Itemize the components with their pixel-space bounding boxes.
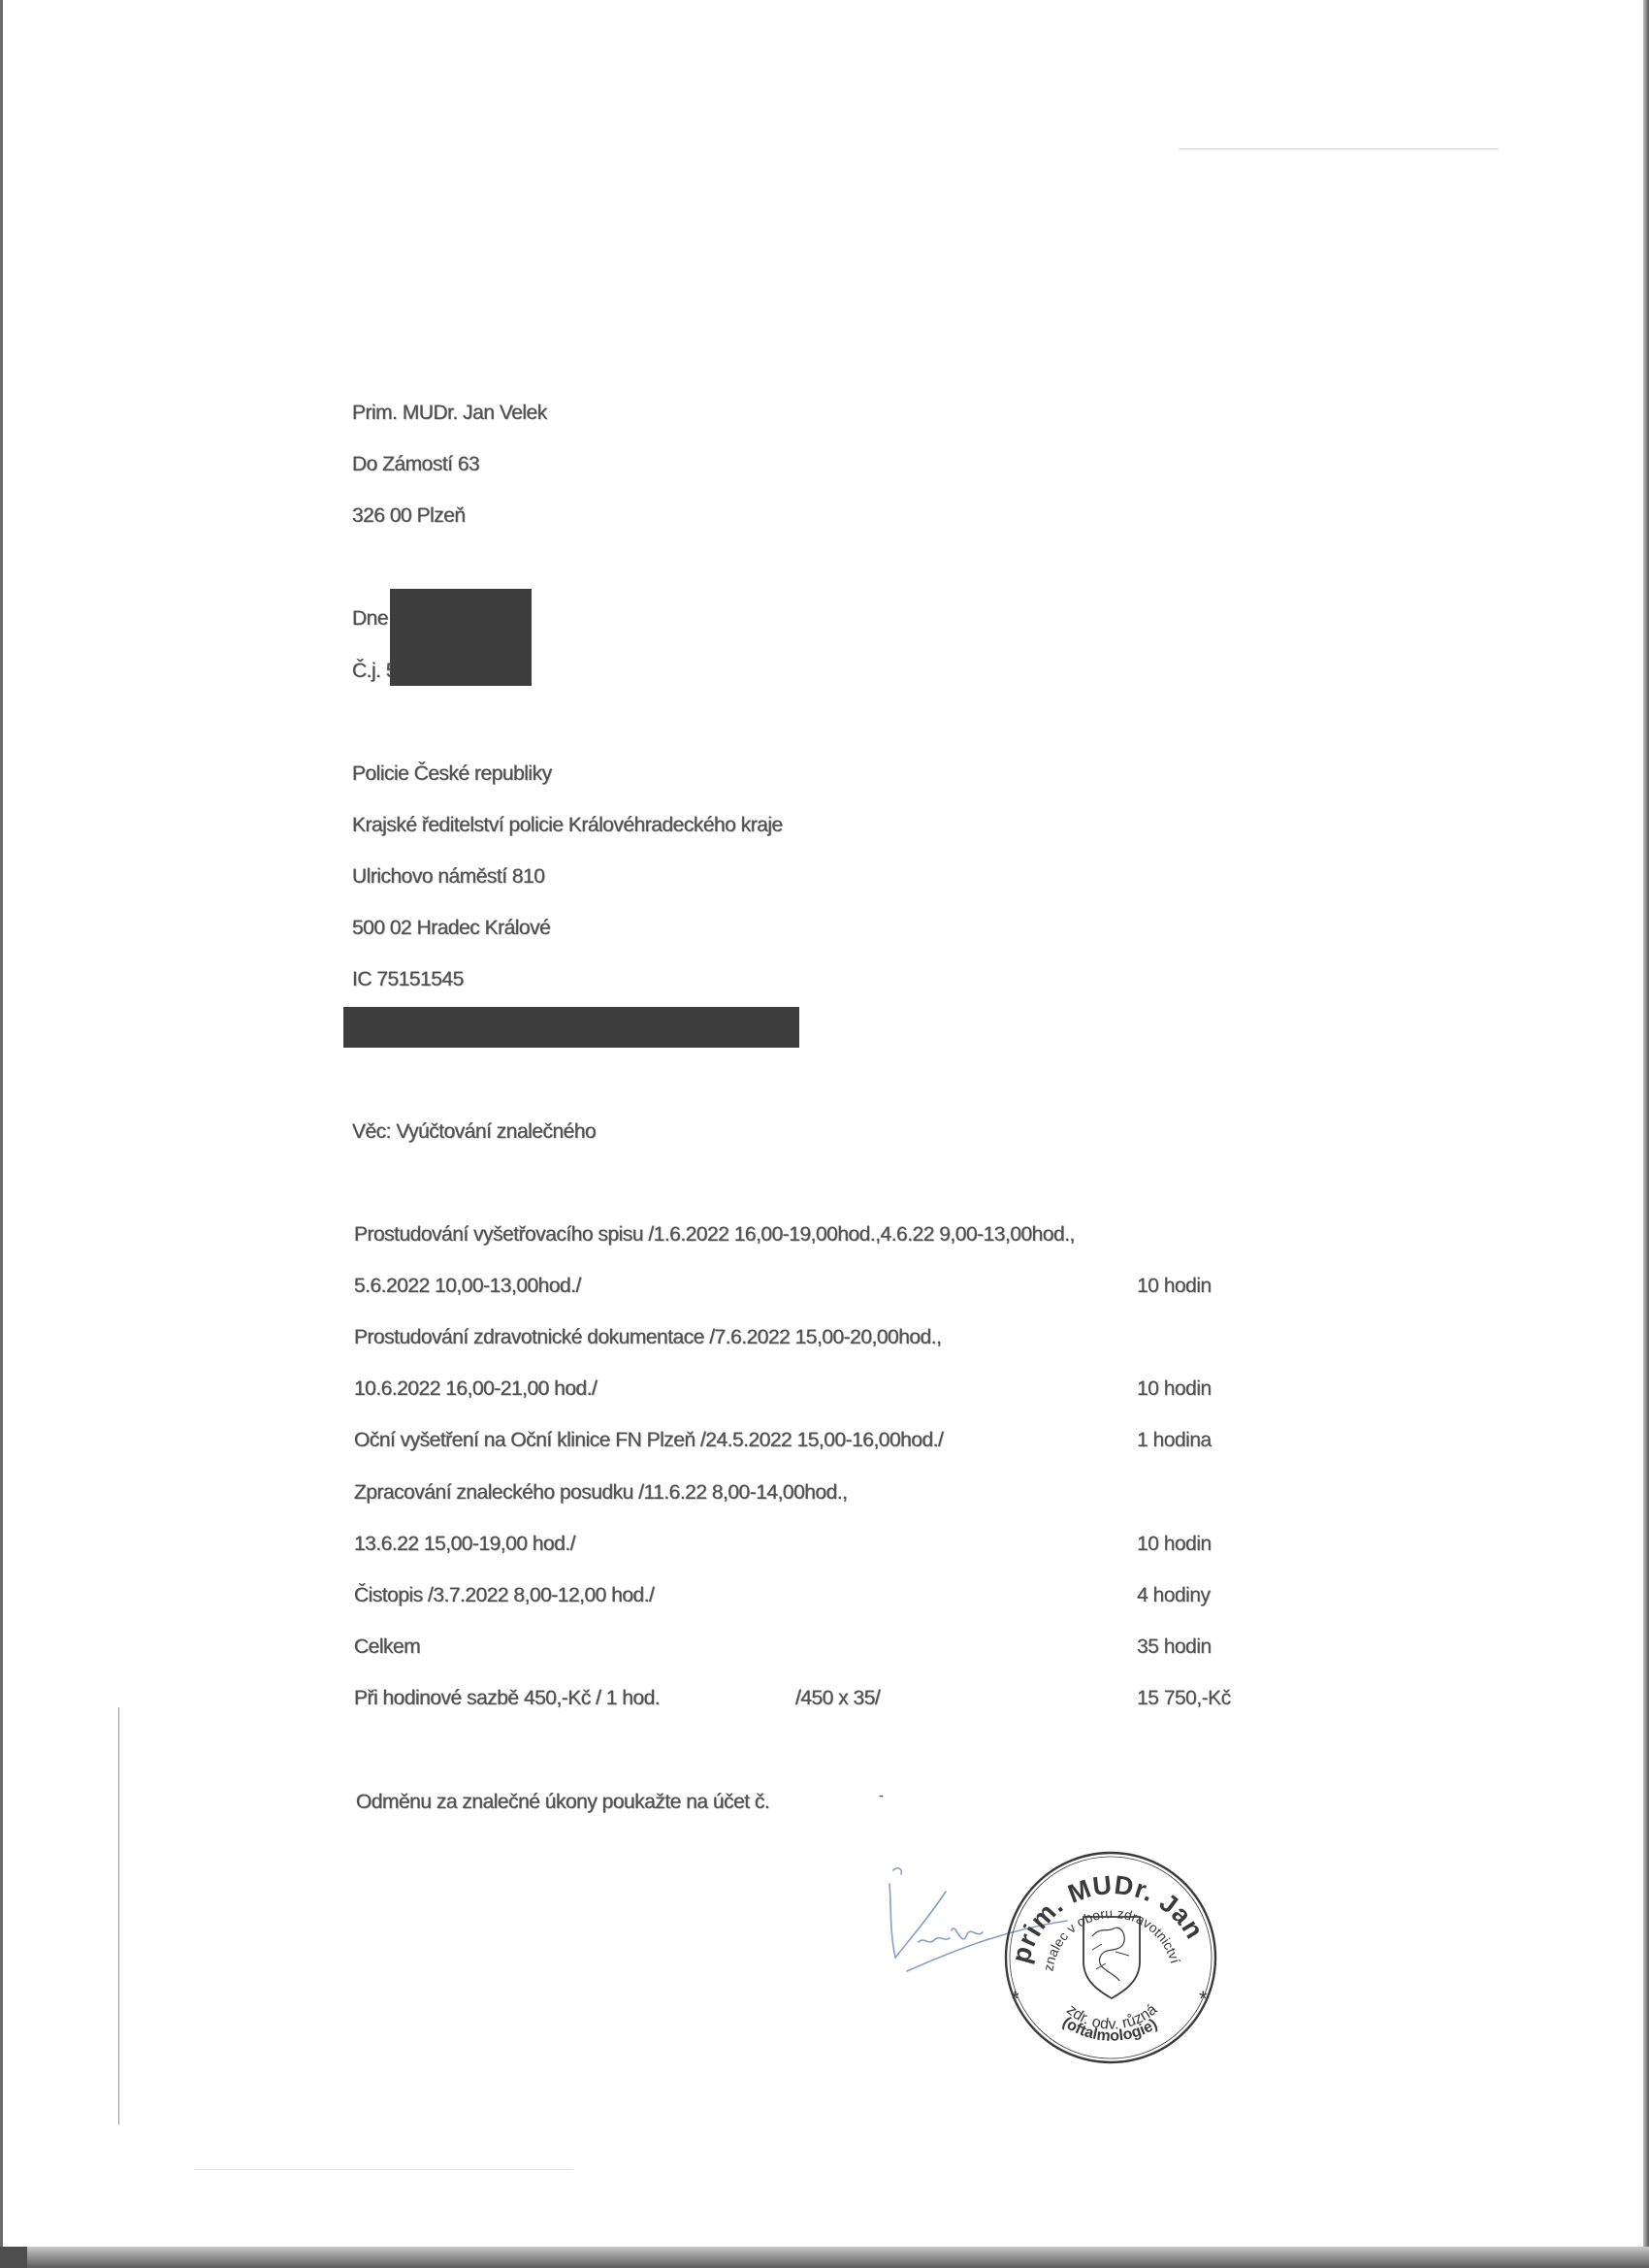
payment-account-dash: - — [879, 1787, 883, 1802]
item-1-line-1: Prostudování vyšetřovacího spisu /1.6.20… — [354, 1223, 1075, 1247]
sender-street: Do Zámostí 63 — [352, 453, 479, 476]
rate-label: Při hodinové sazbě 450,-Kč / 1 hod. — [354, 1687, 660, 1710]
item-5-line-1: Čistopis /3.7.2022 8,00-12,00 hod./ — [354, 1584, 654, 1607]
recipient-line-1: Policie České republiky — [352, 762, 552, 786]
subject: Věc: Vyúčtování znalečného — [352, 1120, 596, 1144]
svg-text:prim. MUDr. Jan VELEK: prim. MUDr. Jan VELEK — [999, 1843, 1214, 1966]
item-4-line-1: Zpracování znaleckého posudku /11.6.22 8… — [354, 1481, 848, 1505]
total-amount: 15 750,-Kč — [1137, 1687, 1231, 1710]
scan-edge-left — [0, 0, 3, 2268]
item-2-line-1: Prostudování zdravotnické dokumentace /7… — [354, 1326, 941, 1349]
item-1-hours: 10 hodin — [1137, 1275, 1212, 1298]
rate-calculation: /450 x 35/ — [795, 1687, 880, 1710]
faint-rule — [194, 2169, 572, 2170]
recipient-line-2: Krajské ředitelství policie Královéhrade… — [352, 814, 783, 837]
scan-edge-right — [1643, 0, 1649, 2268]
item-2-hours: 10 hodin — [1137, 1377, 1212, 1401]
total-label: Celkem — [354, 1636, 420, 1659]
scan-corner — [0, 2247, 27, 2268]
sender-city: 326 00 Plzeň — [352, 504, 466, 528]
faint-rule — [1179, 148, 1499, 149]
scan-edge-bottom — [0, 2247, 1649, 2268]
margin-line — [118, 1707, 119, 2124]
item-4-hours: 10 hodin — [1137, 1533, 1212, 1556]
svg-text:*: * — [1199, 1987, 1208, 2011]
total-hours: 35 hodin — [1137, 1636, 1212, 1659]
item-3-line-1: Oční vyšetření na Oční klinice FN Plzeň … — [354, 1429, 943, 1452]
recipient-line-3: Ulrichovo náměstí 810 — [352, 865, 544, 889]
payment-note: Odměnu za znalečné úkony poukažte na úče… — [356, 1791, 769, 1814]
recipient-line-4: 500 02 Hradec Králové — [352, 917, 550, 940]
redaction-box — [390, 589, 532, 686]
item-2-line-2: 10.6.2022 16,00-21,00 hod./ — [354, 1377, 597, 1401]
sender-name: Prim. MUDr. Jan Velek — [352, 402, 547, 425]
item-5-hours: 4 hodiny — [1137, 1584, 1210, 1607]
recipient-line-5: IC 75151545 — [352, 968, 464, 991]
item-3-hours: 1 hodina — [1137, 1429, 1212, 1452]
official-stamp: prim. MUDr. Jan VELEK znalec v oboru zdr… — [999, 1843, 1222, 2066]
svg-text:*: * — [1011, 1987, 1019, 2011]
item-1-line-2: 5.6.2022 10,00-13,00hod./ — [354, 1275, 581, 1298]
item-4-line-2: 13.6.22 15,00-19,00 hod./ — [354, 1533, 575, 1556]
date-label: Dne — [352, 607, 388, 631]
redaction-bar — [343, 1007, 799, 1048]
